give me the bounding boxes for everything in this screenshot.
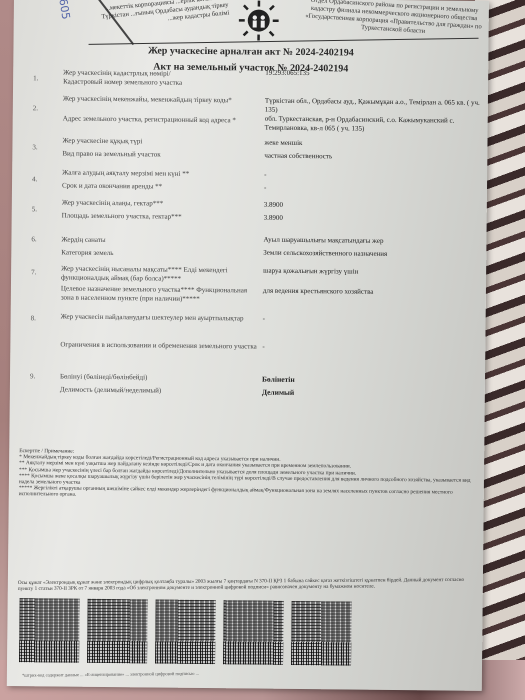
- row-restrictions: 8. Жер учаскесін пайдаланудағы шектеулер…: [30, 312, 480, 367]
- value-kz: шаруа қожалығын жүргізу үшін: [263, 267, 488, 278]
- value-kz: 3.8900: [264, 201, 489, 212]
- value-cadastral: 19:293:065:135: [265, 69, 490, 80]
- row-purpose: 7. Жер учаскесінің нысаналы мақсаты**** …: [31, 264, 481, 309]
- document-sheet: 605 ...мекеттік корпорациясы ...ерлік ко…: [7, 0, 489, 691]
- header-rule: [89, 38, 479, 45]
- qr-code-strip: [19, 598, 380, 672]
- barcode-caption: *штрих-код содержит данные ... «Е-лиценз…: [22, 668, 462, 678]
- value-ru: 3.8900: [264, 214, 489, 225]
- value-kz: -: [263, 315, 488, 326]
- title-kz: Жер учаскесіне арналған акт № 2024-24021…: [13, 44, 488, 60]
- row-land-category: 6. Жердің санаты Категория земель Ауыл ш…: [31, 233, 481, 262]
- label-kz: Жер учаскесіне құқық түрі: [62, 137, 262, 148]
- qr-code-icon: [155, 600, 216, 665]
- value-ru: Земли сельскохозяйственного назначения: [263, 249, 488, 260]
- label-ru: Площадь земельного участка, гектар***: [62, 212, 262, 223]
- label-kz: Бөлінуі (бөлінеді/бөлінбейді): [60, 373, 260, 384]
- value-kz: Түркістан обл., Ордабасы ауд., Қажымұқан…: [265, 97, 490, 117]
- label-ru: Вид право на земельный участок: [62, 150, 262, 161]
- value-kz: Ауыл шаруашылығы мақсатындағы жер: [263, 236, 488, 247]
- row-area: 5. Жер учаскесінің алаңы, гектар*** Площ…: [32, 198, 482, 227]
- label-ru: Делимость (делимый/неделимый): [60, 386, 260, 397]
- row-address: 2. Жер учаскесінің мекенжайы, мекенжайды…: [33, 94, 483, 139]
- value-ru: -: [264, 184, 489, 195]
- header-org-ru: Отдел Ордабасинского района по регистрац…: [303, 0, 485, 40]
- handwritten-note: 605: [56, 0, 72, 20]
- value-ru: обл. Туркестанская, р-н Ордабасинский, с…: [265, 115, 490, 135]
- gov-corporation-sun-logo-icon: [239, 0, 279, 40]
- value-kz: жеке меншік: [264, 139, 489, 150]
- qr-code-icon: [223, 600, 284, 665]
- row-lease-term: 4. Жалға алудың аяқталу мерзімі мен күні…: [32, 168, 482, 197]
- label-ru: Адрес земельного участка, регистрационны…: [63, 115, 263, 126]
- label-kz: Жер учаскесінің нысаналы мақсаты**** Елд…: [61, 265, 261, 285]
- label-ru: Срок и дата окончания аренды **: [62, 182, 262, 193]
- row-cadastral-number: 1. Жер учаскесінің кадастрлық нөмірі/ Ка…: [33, 64, 483, 89]
- label-kz: Жер учаскесін пайдаланудағы шектеулер ме…: [61, 313, 261, 324]
- label-ru: Ограничения в использовании и обременени…: [60, 341, 260, 352]
- value-ru: Делимый: [262, 388, 487, 399]
- label-ru: Кадастровый номер земельного участка: [63, 78, 263, 89]
- legal-footer-text: Осы құжат «Электрондық құжат және электр…: [18, 577, 473, 592]
- value-ru: -: [262, 343, 487, 354]
- qr-code-icon: [19, 598, 80, 663]
- label-kz: Жердің санаты: [61, 236, 261, 247]
- label-kz: Жер учаскесінің мекенжайы, мекенжайдың т…: [63, 95, 263, 106]
- value-kz: Бөлінетін: [262, 375, 487, 386]
- qr-code-icon: [87, 599, 148, 664]
- header-org-kz: ...мекеттік корпорациясы ...ерлік коғамы…: [98, 0, 230, 30]
- value-ru: частная собственность: [264, 152, 489, 163]
- value-ru: для ведения крестьянского хозяйства: [263, 287, 488, 298]
- label-ru: Категория земель: [61, 249, 261, 260]
- label-kz: Жалға алудың аяқталу мерзімі мен күні **: [62, 169, 262, 180]
- value-kz: -: [264, 171, 489, 182]
- label-kz: Жер учаскесінің алаңы, гектар***: [62, 199, 262, 210]
- row-divisibility: 9. Бөлінуі (бөлінеді/бөлінбейді) Делимос…: [30, 372, 480, 407]
- row-right-type: 3. Жер учаскесіне құқық түрі Вид право н…: [32, 136, 482, 165]
- qr-code-icon: [291, 601, 352, 666]
- notes-section: Ескертпе / Примечание: * Мекенжайдың тір…: [19, 448, 474, 502]
- label-ru: Целевое назначение земельного участка***…: [61, 285, 261, 305]
